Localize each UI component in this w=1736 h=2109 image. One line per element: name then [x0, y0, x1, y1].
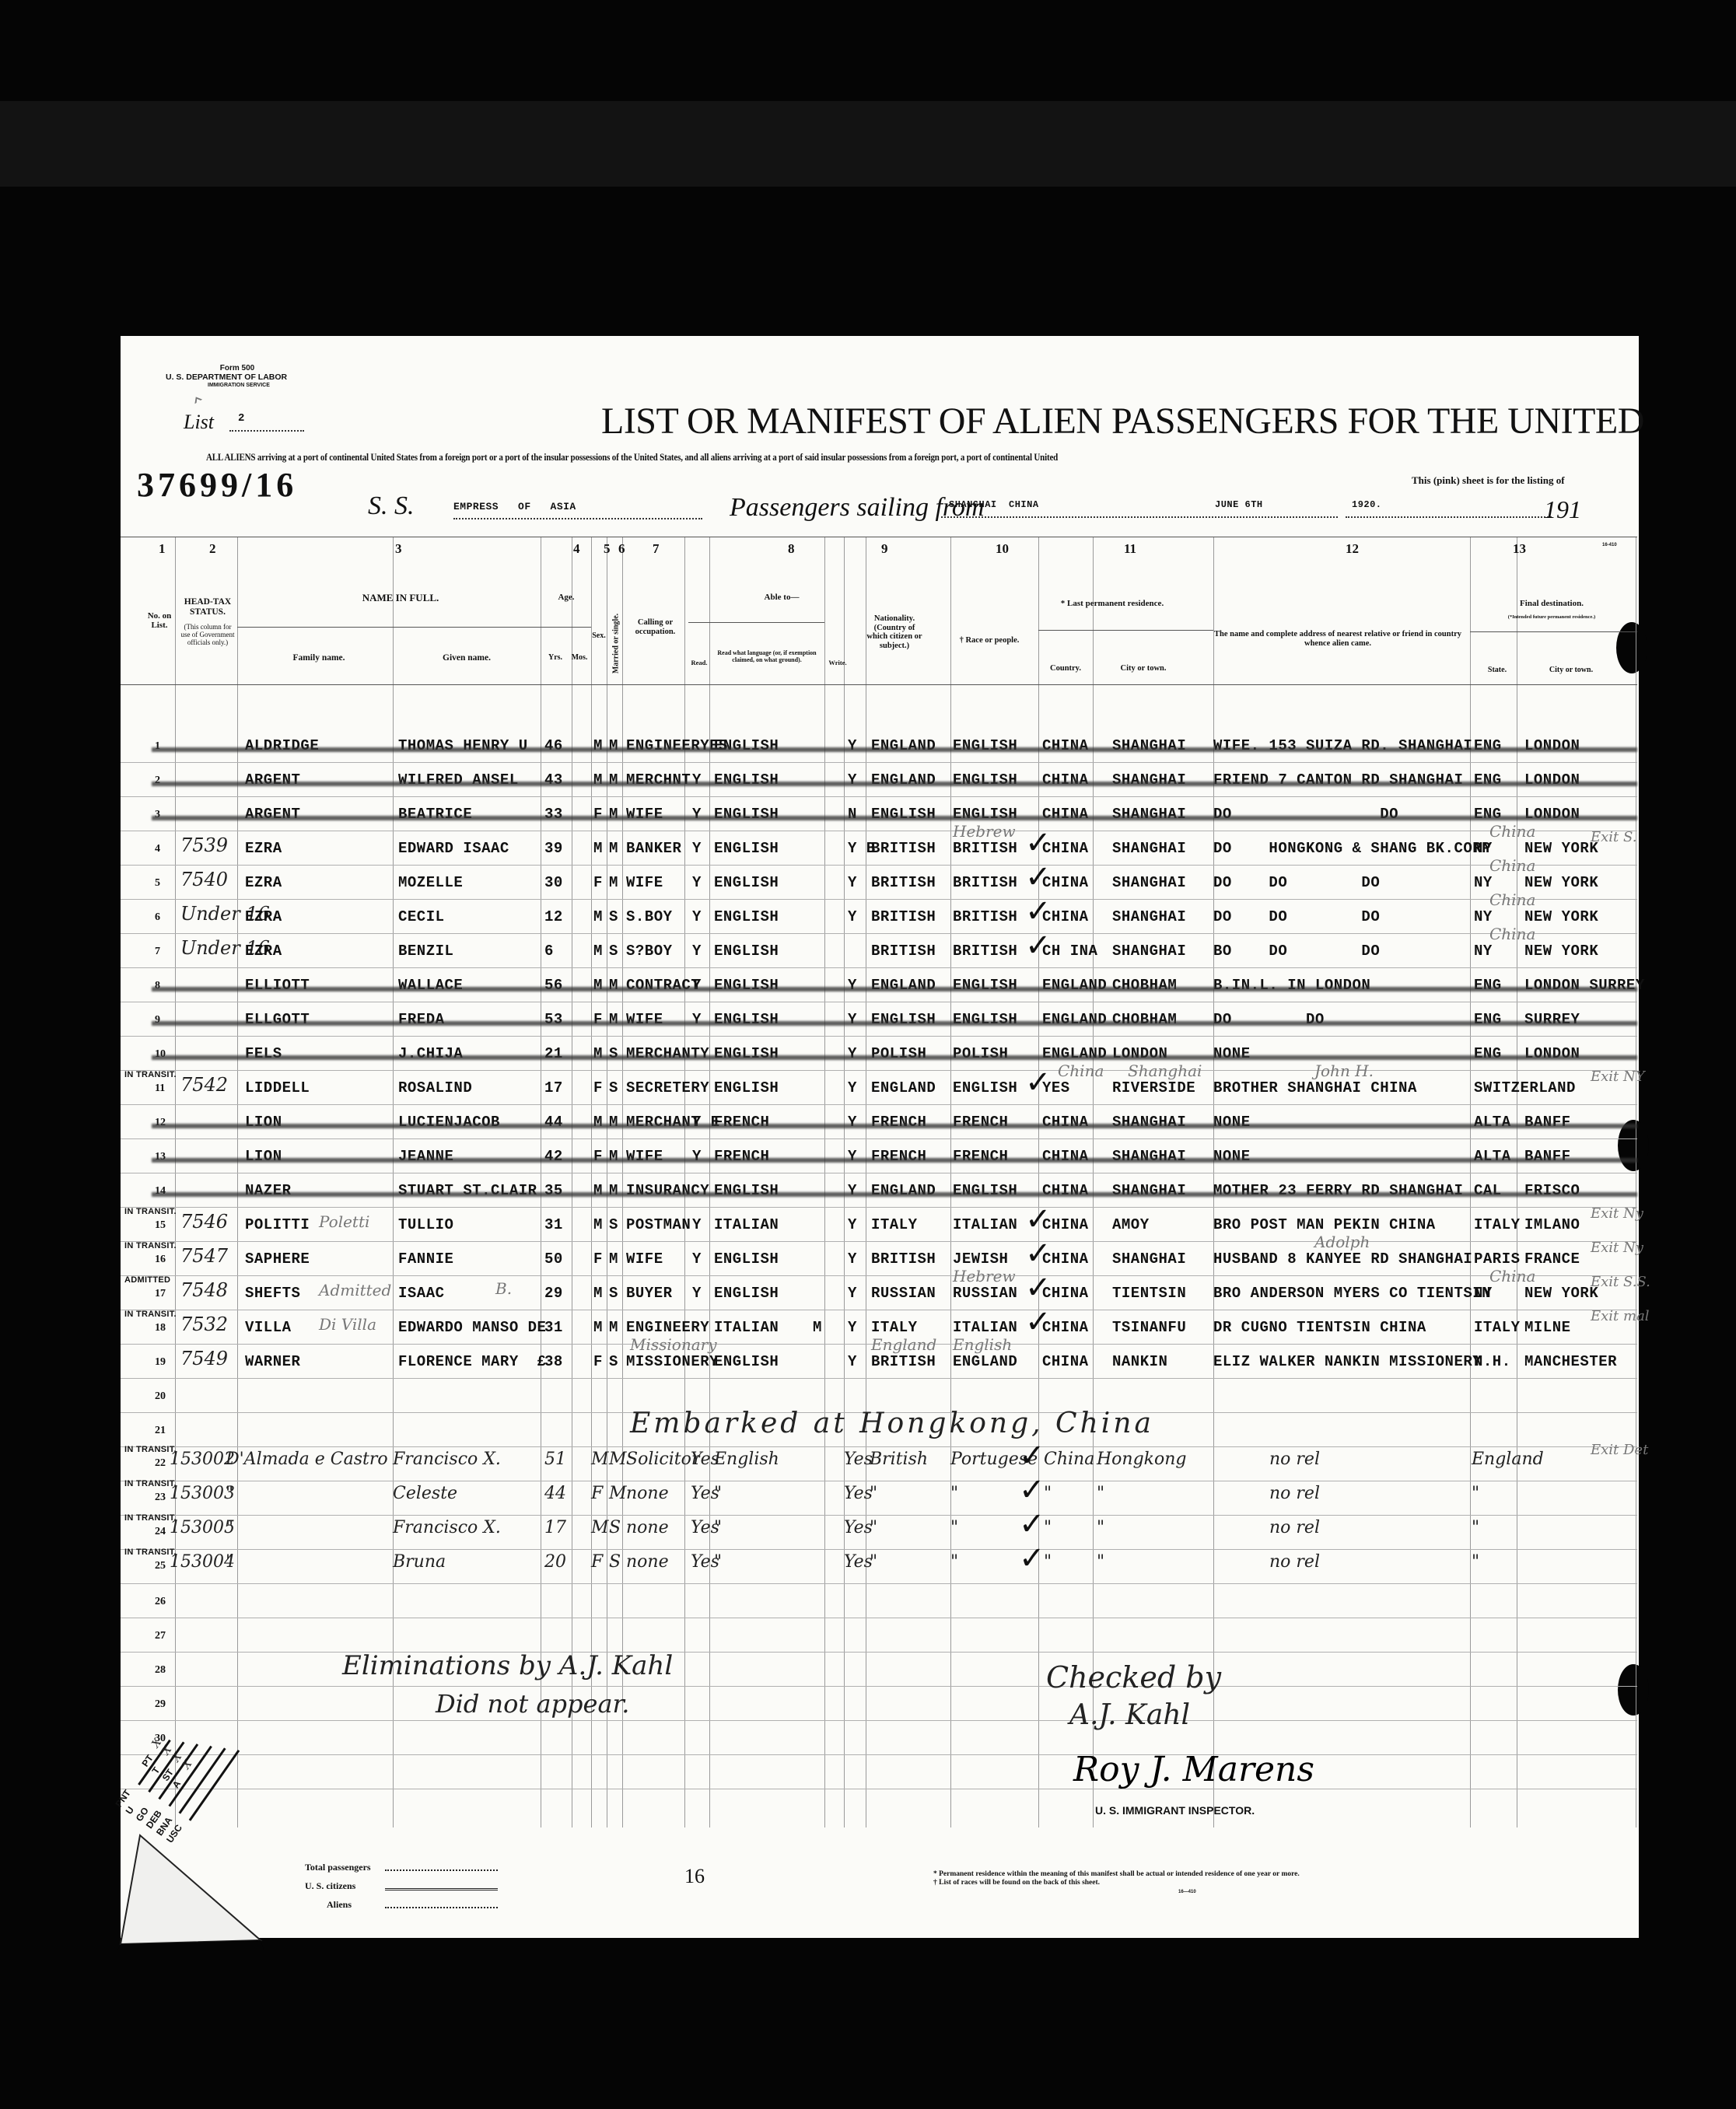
cell-given: BENZIL [398, 943, 453, 960]
cell-lang: ENGLISH [714, 874, 779, 891]
header-name-in-full: NAME IN FULL. [257, 593, 544, 603]
row-rule [121, 1481, 1637, 1481]
row-rule [121, 933, 1637, 934]
cell-state: NY [1474, 874, 1493, 891]
cell-state: " [1472, 1520, 1479, 1537]
embarked-note: Embarked at Hongkong, China [630, 1408, 1154, 1439]
handwritten-calling-note: Missionary [630, 1336, 717, 1353]
cell-relative: BO DO DO [1213, 943, 1380, 960]
cell-relative: DO DO DO [1213, 908, 1380, 925]
row-rule [121, 1070, 1637, 1071]
handwritten-dest-note: China [1489, 823, 1535, 840]
cell-nationality: BRITISH [871, 874, 936, 891]
cell-nationality: " [870, 1485, 877, 1502]
cell-sex: F [591, 1554, 603, 1571]
manifest-sheet [121, 336, 1639, 1938]
col-number-1: 1 [159, 541, 166, 557]
cell-nationality: BRITISH [871, 1353, 936, 1370]
cell-dest-city: IMLANO [1524, 1216, 1580, 1233]
cell-sex: M [593, 1319, 603, 1336]
cell-given: FLORENCE MARY £ [398, 1353, 546, 1370]
head-tax-status: 7539 [180, 837, 228, 854]
transit-label: IN TRANSIT. [124, 1241, 177, 1250]
sailing-year: 1920. [1352, 499, 1382, 510]
row-rule [121, 1104, 1637, 1105]
cell-age: 44 [544, 1485, 566, 1502]
cell-calling: MISSIONERY [626, 1353, 719, 1370]
cell-country: " [1044, 1520, 1052, 1537]
cell-dest-city: MILNE [1524, 1319, 1571, 1336]
cell-nationality: ENGLAND [871, 1079, 936, 1096]
cell-read: Y [692, 1216, 702, 1233]
col-number-9: 9 [881, 541, 888, 557]
row-rule [121, 967, 1637, 968]
check-mark-icon: ✓ [1019, 1440, 1045, 1471]
row-rule [121, 1241, 1637, 1242]
handwritten-dest-note: China [1489, 891, 1535, 908]
cell-relative: ELIZ WALKER NANKIN MISSIONERY [1213, 1353, 1482, 1370]
header-rule [541, 627, 591, 628]
cell-sex: M [591, 1451, 609, 1468]
row-rule [121, 1618, 1637, 1618]
cell-calling: ENGINEERY [626, 1319, 709, 1336]
row-number: 5 [155, 877, 160, 890]
header-last-residence: * Last permanent residence. [1034, 599, 1190, 608]
row-number: 20 [155, 1390, 166, 1403]
cell-country: " [1044, 1485, 1052, 1502]
header-calling: Calling or occupation. [622, 618, 688, 636]
row-rule [121, 762, 1637, 763]
row-rule [121, 1310, 1637, 1310]
cell-sex: F [591, 1485, 603, 1502]
column-divider [175, 537, 176, 1827]
header-no-on-list: No. on List. [142, 611, 177, 630]
cell-family: " [226, 1554, 233, 1571]
list-number: 2 [238, 412, 245, 425]
cell-write: Yes [844, 1554, 873, 1571]
cell-age: 50 [544, 1250, 563, 1268]
cell-write: Y [848, 1216, 857, 1233]
col-number-7: 7 [653, 541, 660, 557]
cell-race: " [950, 1554, 958, 1571]
aliens-underline [385, 1907, 498, 1908]
column-divider [1470, 537, 1471, 1827]
cell-given: CECIL [398, 908, 445, 925]
header-sex: Sex. [591, 631, 607, 640]
service: IMMIGRATION SERVICE [208, 383, 270, 388]
cell-state: NY [1474, 1285, 1493, 1302]
row-number: 28 [155, 1664, 166, 1677]
margin-note: Exit mal [1591, 1308, 1650, 1325]
margin-note: Exit Ny [1591, 1205, 1643, 1222]
cell-given: Celeste [393, 1485, 457, 1502]
header-nationality: Nationality. (Country of which citizen o… [863, 614, 926, 650]
cell-read: Y [692, 874, 702, 891]
row-rule [121, 1173, 1637, 1173]
header-married: Married or single. [612, 597, 621, 691]
cell-city: SHANGHAI [1112, 1250, 1186, 1268]
cell-nationality: BRITISH [871, 908, 936, 925]
cell-ms: S [609, 908, 618, 925]
cell-age: 39 [544, 840, 563, 857]
transit-label: IN TRANSIT. [124, 1548, 177, 1557]
did-not-appear-note: Did not appear. [436, 1689, 629, 1719]
cell-read: Y [692, 943, 702, 960]
cell-state: ITALY [1474, 1216, 1521, 1233]
cell-race: ITALIAN [953, 1319, 1017, 1336]
header-dest-city: City or town. [1521, 666, 1622, 674]
row-rule [121, 899, 1637, 900]
row-rule [121, 1515, 1637, 1516]
cell-sex: M [593, 840, 603, 857]
margin-note: Exit NY [1591, 1068, 1645, 1086]
cell-family: SHEFTS [245, 1285, 300, 1302]
header-rule [237, 627, 541, 628]
cell-sex: M [593, 1216, 603, 1233]
cell-ms: M [609, 840, 618, 857]
check-mark-icon: ✓ [1019, 1509, 1045, 1540]
cell-calling: WIFE [626, 874, 663, 891]
form-code: 16-410 [1602, 543, 1617, 547]
cell-age: 29 [544, 1285, 563, 1302]
transit-label: IN TRANSIT. [124, 1513, 177, 1523]
cell-family: D'Almada e Castro [226, 1451, 388, 1468]
footnote-residence: * Permanent residence within the meaning… [933, 1870, 1300, 1878]
cell-dest-city: NEW YORK [1524, 908, 1598, 925]
cell-given: TULLIO [398, 1216, 453, 1233]
handwritten-relative-note: John H. [1314, 1062, 1374, 1079]
strikethrough-line [152, 747, 1637, 752]
cell-relative: no rel [1269, 1451, 1320, 1468]
header-rule [1470, 631, 1637, 632]
cell-age: 30 [544, 874, 563, 891]
cell-family: " [226, 1485, 233, 1502]
cell-race: BRITISH [953, 943, 1017, 960]
margin-note: Exit Det [1591, 1442, 1648, 1459]
row-number: 24 [155, 1526, 166, 1538]
cell-state: NY [1474, 840, 1493, 857]
cell-write: Y [848, 1250, 857, 1268]
cell-age: 38 [544, 1353, 563, 1370]
cell-state: SWITZERLAND [1474, 1079, 1576, 1096]
cell-calling: S.BOY [626, 908, 673, 925]
cell-ms: M [609, 1451, 627, 1468]
inspector-title: U. S. IMMIGRANT INSPECTOR. [1095, 1804, 1255, 1817]
row-rule [121, 1686, 1637, 1687]
column-divider [393, 537, 394, 1827]
cell-country: China [1044, 1451, 1094, 1468]
cell-sex: F [593, 1353, 603, 1370]
handwritten-race-note: Hebrew [953, 823, 1016, 840]
row-number: 27 [155, 1630, 166, 1642]
header-rule [121, 684, 1637, 685]
margin-note: Exit S.S. [1591, 1274, 1650, 1291]
cell-write: Y [848, 1079, 857, 1096]
header-write: Write. [826, 659, 849, 666]
transit-label: IN TRANSIT. [124, 1479, 177, 1488]
cell-calling: SECRETERY [626, 1079, 709, 1096]
cell-lang: ENGLISH [714, 943, 779, 960]
checked-by-name: A.J. Kahl [1069, 1699, 1190, 1731]
cell-dest-city: NEW YORK [1524, 874, 1598, 891]
year-underline [1346, 516, 1552, 518]
cell-family: EZRA [245, 840, 282, 857]
cell-city: " [1097, 1520, 1104, 1537]
cell-given: Bruna [393, 1554, 446, 1571]
cell-family: EZRA [245, 943, 282, 960]
check-mark-icon: ✓ [1025, 1306, 1052, 1338]
cell-dest-city: FRANCE [1524, 1250, 1580, 1268]
cell-state: ITALY [1474, 1319, 1521, 1336]
cell-nationality: RUSSIAN [871, 1285, 936, 1302]
instructions: ALL ALIENS arriving at a port of contine… [206, 452, 1058, 463]
header-given-name: Given name. [393, 653, 541, 663]
cell-city: SHANGHAI [1112, 943, 1186, 960]
cell-calling: none [626, 1485, 669, 1502]
cell-sex: M [591, 1520, 609, 1537]
cell-given: FANNIE [398, 1250, 453, 1268]
footnote-code: 16—410 [1178, 1890, 1196, 1894]
header-relative: The name and complete address of nearest… [1213, 630, 1462, 648]
cell-race: BRITISH [953, 840, 1017, 857]
handwritten-race-note: Hebrew [953, 1268, 1016, 1285]
cell-race: ENGLISH [953, 1079, 1017, 1096]
header-read-language: Read what language (or, if exemption cla… [709, 650, 824, 664]
handwritten-dest-note: China [1489, 857, 1535, 874]
cell-state: " [1472, 1485, 1479, 1502]
transit-label: IN TRANSIT. [124, 1310, 177, 1319]
total-passengers-value: 16 [684, 1865, 705, 1888]
cell-city: SHANGHAI [1112, 908, 1186, 925]
ship-name: EMPRESS OF ASIA [453, 501, 576, 512]
row-rule [121, 1754, 1637, 1755]
header-family-name: Family name. [245, 653, 393, 663]
row-rule [121, 1720, 1637, 1721]
cell-age: 31 [544, 1319, 563, 1336]
row-rule [121, 796, 1637, 797]
row-number: 25 [155, 1560, 166, 1572]
header-age: Age. [543, 593, 590, 602]
cell-lang-extra: M [813, 1319, 822, 1336]
column-divider [824, 537, 825, 1827]
strikethrough-line [152, 816, 1637, 820]
cell-sex: F [593, 1250, 603, 1268]
header-head-tax-note: (This column for use of Government offic… [180, 624, 235, 647]
cell-relative: no rel [1269, 1554, 1320, 1571]
row-rule [121, 1446, 1637, 1447]
cell-ms: S [609, 1079, 618, 1096]
folded-corner [117, 1804, 264, 1952]
cell-calling: BANKER [626, 840, 681, 857]
transit-label: IN TRANSIT. [124, 1070, 177, 1079]
column-divider [591, 537, 592, 1827]
column-divider [607, 537, 607, 1827]
row-number: 23 [155, 1492, 166, 1504]
form-number: Form 500 [187, 364, 288, 372]
row-rule [121, 831, 1637, 831]
cell-dest-city: NEW YORK [1524, 840, 1598, 857]
col-number-12: 12 [1346, 541, 1359, 557]
check-mark-icon: ✓ [1025, 1204, 1052, 1235]
cell-read: Y [692, 908, 702, 925]
check-mark-icon: ✓ [1025, 862, 1052, 893]
strikethrough-line [152, 1158, 1637, 1163]
handwritten-race-note: English [953, 1336, 1012, 1353]
cell-age: 31 [544, 1216, 563, 1233]
header-rule [688, 622, 824, 623]
column-divider [237, 537, 238, 1827]
handwritten-nationality-note: England [871, 1336, 936, 1353]
cell-city: SHANGHAI [1112, 840, 1186, 857]
cell-race: ITALIAN [953, 1216, 1017, 1233]
row-number: 17 [155, 1288, 166, 1300]
row-number: 7 [155, 946, 160, 958]
cell-lang: ENGLISH [714, 1353, 779, 1370]
row-number: 15 [155, 1219, 166, 1232]
col-number-5: 5 [604, 541, 611, 557]
header-age-mos: Mos. [568, 653, 591, 662]
col-number-6: 6 [618, 541, 625, 557]
header-head-tax: HEAD-TAX STATUS. [180, 597, 235, 617]
strikethrough-line [152, 1055, 1637, 1060]
cell-nationality: ITALY [871, 1319, 918, 1336]
cell-ms: S [609, 1353, 618, 1370]
cell-state: NY [1474, 943, 1493, 960]
cell-given: Francisco X. [393, 1520, 501, 1537]
header-race: † Race or people. [950, 636, 1028, 645]
column-divider [622, 537, 623, 1827]
cell-family: POLITTI [245, 1216, 310, 1233]
header-age-yrs: Yrs. [541, 653, 569, 662]
cell-write: Y [848, 874, 857, 891]
column-divider [709, 537, 710, 1827]
cell-given: ISAAC [398, 1285, 445, 1302]
row-number: 21 [155, 1425, 166, 1437]
cell-nationality: BRITISH [871, 943, 936, 960]
col-number-8: 8 [788, 541, 795, 557]
row-number: 16 [155, 1254, 166, 1266]
cell-nationality: BRITISH [871, 840, 936, 857]
cell-given: EDWARD ISAAC [398, 840, 509, 857]
handwritten-family-note: Di Villa [319, 1316, 376, 1333]
strikethrough-line [152, 782, 1637, 786]
handwritten-family-note: Admitted [319, 1282, 391, 1299]
cell-country: CHINA [1042, 1353, 1089, 1370]
row-number: 6 [155, 911, 160, 924]
cell-race: " [950, 1520, 958, 1537]
header-read: Read. [691, 659, 708, 666]
cell-city: TIENTSIN [1112, 1285, 1186, 1302]
cell-read: Y [692, 1285, 702, 1302]
file-number: 37699/16 [137, 465, 297, 505]
cell-relative: HUSBAND 8 KANYEE RD SHANGHAI [1213, 1250, 1472, 1268]
row-rule [121, 1275, 1637, 1276]
cell-state: NY [1474, 908, 1493, 925]
cell-nationality: British [870, 1451, 928, 1468]
checked-by-note: Checked by [1046, 1660, 1221, 1695]
cell-family: " [226, 1520, 233, 1537]
cell-write: Yes [844, 1451, 873, 1468]
cell-ms: S [609, 943, 618, 960]
cell-write: Yes [844, 1485, 873, 1502]
row-rule [121, 1138, 1637, 1139]
margin-note: Exit Ny [1591, 1240, 1643, 1257]
cell-state: " [1472, 1554, 1479, 1571]
cell-read: Y [692, 840, 702, 857]
cell-age: 17 [544, 1079, 563, 1096]
cell-write: Y [848, 908, 857, 925]
cell-calling: Solicitor [626, 1451, 699, 1468]
total-underline [385, 1869, 498, 1871]
cell-calling: BUYER [626, 1285, 673, 1302]
head-tax-status: 7548 [180, 1282, 228, 1299]
cell-ms: M [609, 1319, 618, 1336]
column-divider [541, 537, 541, 1827]
cell-nationality: BRITISH [871, 1250, 936, 1268]
cell-lang: ENGLISH [714, 908, 779, 925]
cell-age: 6 [544, 943, 554, 960]
head-tax-status: 7547 [180, 1247, 228, 1264]
inspector-signature: Roy J. Marens [1073, 1750, 1314, 1789]
cell-calling: WIFE [626, 1250, 663, 1268]
row-rule [121, 865, 1637, 866]
column-divider [844, 537, 845, 1827]
row-number: 4 [155, 843, 160, 855]
row-number: 29 [155, 1698, 166, 1711]
strikethrough-line [152, 987, 1637, 992]
cell-calling: POSTMAN [626, 1216, 691, 1233]
row-number: 19 [155, 1356, 166, 1369]
cell-given: MOZELLE [398, 874, 463, 891]
check-mark-icon: ✓ [1025, 1238, 1052, 1269]
column-divider [1636, 537, 1636, 1827]
header-able-to: Able to— [692, 593, 871, 602]
us-citizens-label: U. S. citizens [305, 1880, 355, 1892]
header-final-destination-note: (*Intended future permanent residence.) [1470, 614, 1633, 620]
strikethrough-line [152, 1021, 1637, 1026]
cell-calling: none [626, 1554, 669, 1571]
col-number-13: 13 [1513, 541, 1526, 557]
row-number: 18 [155, 1322, 166, 1334]
ss-label: S. S. [368, 491, 415, 521]
sailing-label: Passengers sailing from [730, 493, 984, 523]
head-tax-status: 7546 [180, 1213, 228, 1230]
cell-calling: none [626, 1520, 669, 1537]
cell-relative: BROTHER SHANGHAI CHINA [1213, 1079, 1417, 1096]
cell-sex: F [593, 1079, 603, 1096]
margin-note: Exit S. [1591, 829, 1636, 846]
strikethrough-line [152, 1124, 1637, 1128]
check-mark-icon: ✓ [1019, 1543, 1045, 1574]
check-mark-icon: ✓ [1025, 1067, 1052, 1098]
cell-age: 12 [544, 908, 563, 925]
cell-race: BRITISH [953, 908, 1017, 925]
header-rule [1038, 630, 1213, 631]
col-number-4: 4 [573, 541, 580, 557]
cell-city: AMOY [1112, 1216, 1150, 1233]
check-mark-icon: ✓ [1025, 827, 1052, 859]
check-mark-icon: ✓ [1019, 1474, 1045, 1506]
head-tax-status: 7542 [180, 1076, 228, 1093]
cell-state: N.H. [1474, 1353, 1511, 1370]
row-number: 11 [155, 1082, 165, 1095]
cell-race: " [950, 1485, 958, 1502]
handwritten-given-note: B. [495, 1280, 512, 1297]
cell-city: NANKIN [1112, 1353, 1167, 1370]
handwritten-dest-note: China [1489, 1268, 1535, 1285]
cell-race: ENGLAND [953, 1353, 1017, 1370]
cell-relative: DO HONGKONG & SHANG BK.CORP [1213, 840, 1491, 857]
